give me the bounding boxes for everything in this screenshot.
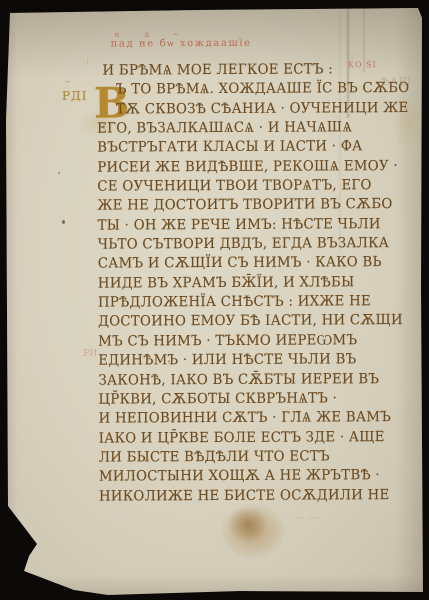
text-line: ты · он же рече имъ: нѣсте чьли [98, 215, 402, 236]
text-line: милостыни хощѫ а не жрътвѣ · [99, 466, 403, 487]
text-line: самъ и сѫщїи съ нимъ · како вь [98, 253, 402, 274]
text-line: единѣмъ · или нѣсте чьли въ [98, 350, 402, 371]
margin-gloss-marks: : · [351, 52, 358, 60]
rubric-heading: пад не бѡ хождаашїе н д ~ [111, 38, 252, 50]
text-line: іако и цр̄кве боле естъ зде · аще [99, 428, 403, 449]
rubric-superscript: д [145, 30, 149, 38]
rubric-superscript: ~ [173, 30, 179, 38]
text-block: и брѣмѧ мое легкое естъ : ъ то врѣмѧ. хо… [97, 60, 419, 507]
text-line: и брѣмѧ мое легкое естъ : [97, 60, 401, 81]
margin-mark-faint: ри [83, 349, 97, 359]
text-line: достоино емоу бѣ іасти, ни сѫщи [98, 311, 402, 332]
margin-number-titlo: – [65, 75, 71, 88]
text-line: же не достоитъ творити въ сѫбо [97, 195, 401, 216]
text-line: мъ съ нимъ · тъкмо иереѡмъ [98, 331, 402, 352]
page-content: пад не бѡ хождаашїе н д ~ : · ко ѕі ·:· … [0, 0, 429, 600]
parchment-page: пад не бѡ хождаашїе н д ~ : · ко ѕі ·:· … [0, 0, 429, 600]
show-through-text: ѣаш [381, 75, 412, 88]
text-line: его, възалкашѧсѧ · и начѧшѧ [97, 118, 401, 139]
text-line: ниде въ храмъ бж̄їи, и хлѣбы [98, 273, 402, 294]
rubric-text: пад не бѡ хождаашїе [111, 38, 252, 50]
text-line: ли бысте вѣдѣли что естъ [99, 447, 403, 468]
text-line: и неповинни сѫтъ · гл̄ѧ же вамъ [99, 408, 403, 429]
text-line: въстръгати класы и іасти · фа [97, 137, 401, 158]
text-line: прѣдложенїа снѣстъ : ихже не [98, 292, 402, 313]
text-line: цр̄кви, сѫботы скврънѧтъ · [98, 389, 402, 410]
manuscript-photo: пад не бѡ хождаашїе н д ~ : · ко ѕі ·:· … [0, 0, 429, 600]
text-line: ъ то врѣмѧ. хождааше їс въ сѫбо [97, 79, 401, 100]
text-line: законѣ, іако въ сѫ̄бты иереи въ [98, 370, 402, 391]
text-line: се оученици твои творѧтъ, его [97, 176, 401, 197]
rubric-superscript: н [115, 30, 120, 38]
text-line: чьто сътвори дв̄дъ, егда възалка [98, 234, 402, 255]
margin-section-number: рді [62, 89, 88, 103]
text-line: тѫ сквозѣ сѣаниа · оученици же [97, 99, 401, 120]
text-line: николиже не бисте осѫдили не [99, 486, 403, 507]
text-line: рисеи же видѣвше, рекошѧ емоу · [97, 157, 401, 178]
margin-ornament: ·:· [83, 57, 94, 66]
show-through-text: ·· ··· [297, 511, 321, 524]
